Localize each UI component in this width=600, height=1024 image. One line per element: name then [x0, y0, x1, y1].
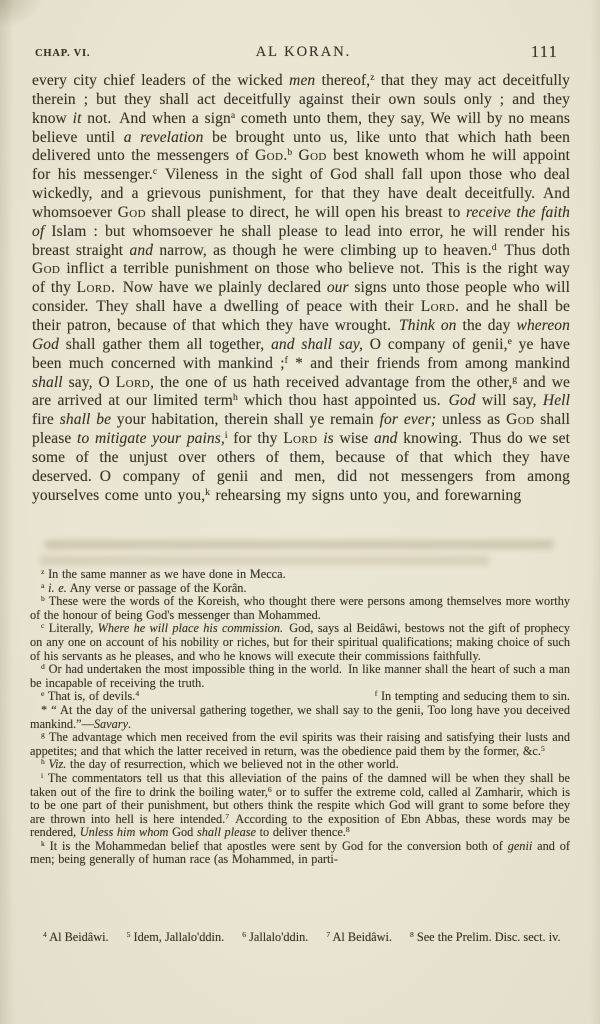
ink-bleed-smudge: [44, 540, 554, 549]
footnote: g The advantage which men received from …: [30, 731, 570, 758]
footnote: h Viz. the day of resurrection, which we…: [30, 758, 570, 772]
reference-notes: 4 Al Beidâwi.5 Idem, Jallalo'ddin.6 Jall…: [30, 930, 570, 945]
book-title: AL KORAN.: [35, 44, 572, 61]
footnote: b These were the words of the Koreish, w…: [30, 595, 570, 622]
main-text: every city chief leaders of the wicked m…: [32, 72, 570, 505]
footnote: a i. e. Any verse or passage of the Korâ…: [30, 582, 570, 596]
footnotes-section: z In the same manner as we have done in …: [30, 568, 570, 867]
ink-bleed-smudge: [40, 556, 490, 565]
footnote: d Or had undertaken the most impossible …: [30, 663, 570, 690]
footnote: e That is, of devils.4f In tempting and …: [30, 690, 570, 704]
footnote: c Literally, Where he will place his com…: [30, 622, 570, 663]
running-header: CHAP. VI. AL KORAN. 111: [35, 42, 572, 64]
scanned-book-page: CHAP. VI. AL KORAN. 111 every city chief…: [0, 0, 600, 1024]
footnote: k It is the Mohammedan belief that apost…: [30, 840, 570, 867]
footnote: * “ At the day of the universal gatherin…: [30, 704, 570, 731]
page-number: 111: [531, 42, 558, 62]
footnote: z In the same manner as we have done in …: [30, 568, 570, 582]
footnote: i The commentators tell us that this all…: [30, 772, 570, 840]
